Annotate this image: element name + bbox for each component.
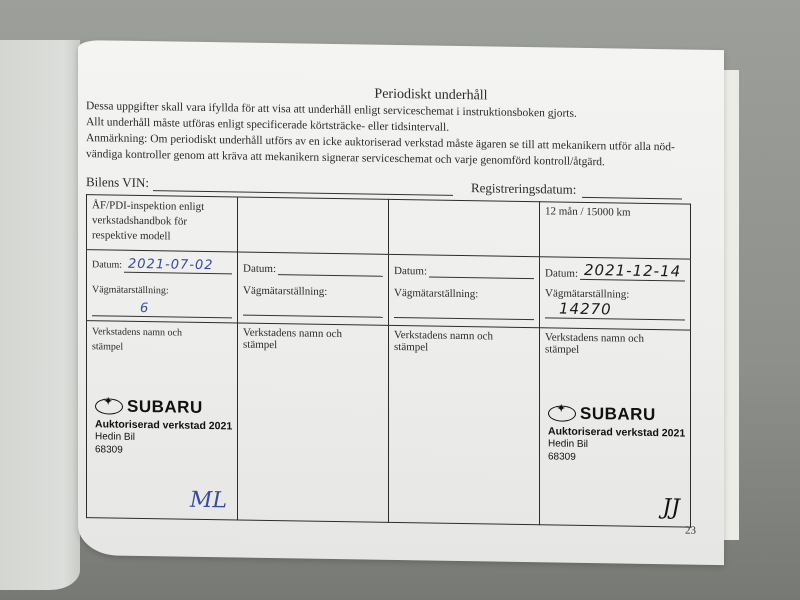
date-field-4[interactable]: Datum: 2021-12-14: [545, 264, 685, 281]
date-odometer-row: Datum: 2021-07-02 Vägmätarställning: 6 D…: [87, 250, 691, 330]
vin-label: Bilens VIN:: [86, 174, 149, 191]
subaru-logo-icon: [95, 398, 123, 414]
stamp-cell-1: Verkstadens namn och stämpel SUBARU Aukt…: [87, 321, 238, 520]
stamp-cell-3: Verkstadens namn och stämpel: [389, 325, 540, 524]
service-header-3: [389, 199, 540, 256]
odometer-field-3[interactable]: [394, 301, 534, 320]
date-label: Datum:: [92, 257, 122, 272]
service-book-page: Periodiskt underhåll Dessa uppgifter ska…: [78, 40, 724, 565]
date-label: Datum:: [394, 265, 427, 278]
odometer-label: Vägmätarställning:: [243, 285, 383, 299]
registration-label: Registreringsdatum:: [471, 180, 576, 198]
workshop-stamp: SUBARU Auktoriserad verkstad 2021 Hedin …: [95, 396, 232, 458]
workshop-stamp: SUBARU Auktoriserad verkstad 2021 Hedin …: [548, 403, 685, 465]
service-cell-3: Datum: Vägmätarställning:: [389, 254, 540, 327]
odometer-value: 14270: [559, 300, 612, 319]
date-label: Datum:: [243, 263, 276, 276]
odometer-value: 6: [140, 301, 149, 316]
workshop-stamp-row: Verkstadens namn och stämpel SUBARU Aukt…: [87, 321, 691, 527]
signature: JJ: [662, 495, 680, 520]
header-row: ÅF/PDI-inspektion enligt verkstadshandbo…: [87, 195, 691, 259]
stamp-label: Verkstadens namn och stämpel: [243, 327, 363, 353]
stamp-cell-4: Verkstadens namn och stämpel SUBARU Aukt…: [540, 328, 691, 527]
service-header-2: [238, 197, 389, 254]
vin-field[interactable]: [153, 176, 453, 196]
date-field-1[interactable]: Datum: 2021-07-02: [92, 257, 232, 274]
service-schedule-table: ÅF/PDI-inspektion enligt verkstadshandbo…: [86, 194, 691, 528]
subaru-logo-icon: [548, 405, 576, 421]
odometer-field-2[interactable]: [243, 299, 383, 318]
registration-date-field[interactable]: [582, 183, 682, 200]
odometer-label: Vägmätarställning:: [92, 282, 232, 299]
stamp-brand: SUBARU: [580, 404, 656, 425]
service-cell-4: Datum: 2021-12-14 Vägmätarställning: 142…: [540, 257, 691, 330]
date-field-3[interactable]: Datum:: [394, 262, 534, 279]
stamp-cell-2: Verkstadens namn och stämpel: [238, 323, 389, 522]
date-value: 2021-12-14: [584, 261, 681, 281]
odometer-label: Vägmätarställning:: [394, 287, 534, 301]
signature: ML: [190, 488, 227, 514]
date-field-2[interactable]: Datum:: [243, 260, 383, 277]
stamp-label: Verkstadens namn och stämpel: [545, 331, 665, 357]
page-number: 23: [685, 525, 696, 537]
stamp-line-3: 68309: [95, 443, 232, 458]
service-header-1: ÅF/PDI-inspektion enligt verkstadshandbo…: [87, 195, 238, 252]
odometer-field-1[interactable]: 6: [92, 299, 232, 318]
stamp-line-3: 68309: [548, 450, 685, 465]
date-label: Datum:: [545, 267, 578, 280]
stamp-brand: SUBARU: [127, 397, 203, 418]
service-cell-1: Datum: 2021-07-02 Vägmätarställning: 6: [87, 250, 238, 323]
stamp-label: Verkstadens namn och stämpel: [394, 329, 514, 355]
service-header-4: 12 mån / 15000 km: [540, 202, 691, 259]
stamp-label: Verkstadens namn och stämpel: [92, 324, 212, 356]
date-value: 2021-07-02: [128, 257, 214, 273]
odometer-field-4[interactable]: 14270: [545, 301, 685, 320]
left-page: [0, 40, 80, 590]
service-cell-2: Datum: Vägmätarställning:: [238, 252, 389, 325]
